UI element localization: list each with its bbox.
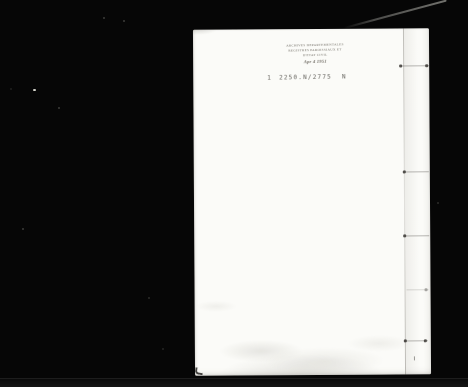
stitch-dot [403, 170, 406, 173]
dust-speck [33, 89, 36, 91]
reference-number: 2250.N/2775 [279, 74, 332, 82]
stitch-dot [404, 339, 407, 342]
dust-speck [148, 297, 150, 299]
stitch-mark [404, 340, 428, 341]
dust-speck [58, 107, 60, 109]
dust-speck [22, 228, 24, 230]
reference-number-stamp: 12250.N/2775N [267, 73, 347, 81]
reference-prefix: 1 [267, 75, 272, 82]
page-spine-strip [404, 28, 431, 374]
stitch-mark [407, 289, 429, 290]
stamp-date: Apr 4 1951 [281, 58, 349, 65]
dust-speck [123, 20, 125, 22]
film-frame-edge [0, 378, 468, 387]
corner-mark [195, 367, 204, 375]
stitch-dot [399, 64, 402, 67]
stitch-dot [425, 288, 428, 291]
dust-speck [103, 17, 105, 19]
microfilm-frame: ARCHIVES DEPARTEMENTALES REGISTRES PAROI… [0, 0, 468, 387]
stitch-mark [399, 65, 429, 66]
dust-speck [437, 202, 439, 204]
reference-suffix: N [342, 73, 347, 80]
stitch-dot [403, 234, 406, 237]
archive-stamp: ARCHIVES DEPARTEMENTALES REGISTRES PAROI… [281, 42, 349, 65]
document-page: ARCHIVES DEPARTEMENTALES REGISTRES PAROI… [193, 28, 431, 375]
film-scratch-line [344, 0, 447, 28]
dust-speck [10, 88, 12, 90]
dust-speck [162, 348, 164, 350]
stitch-tick [414, 356, 415, 360]
stitch-mark [403, 235, 429, 236]
stitch-dot [425, 64, 428, 67]
stitch-mark [403, 171, 429, 172]
stitch-dot [424, 339, 427, 342]
